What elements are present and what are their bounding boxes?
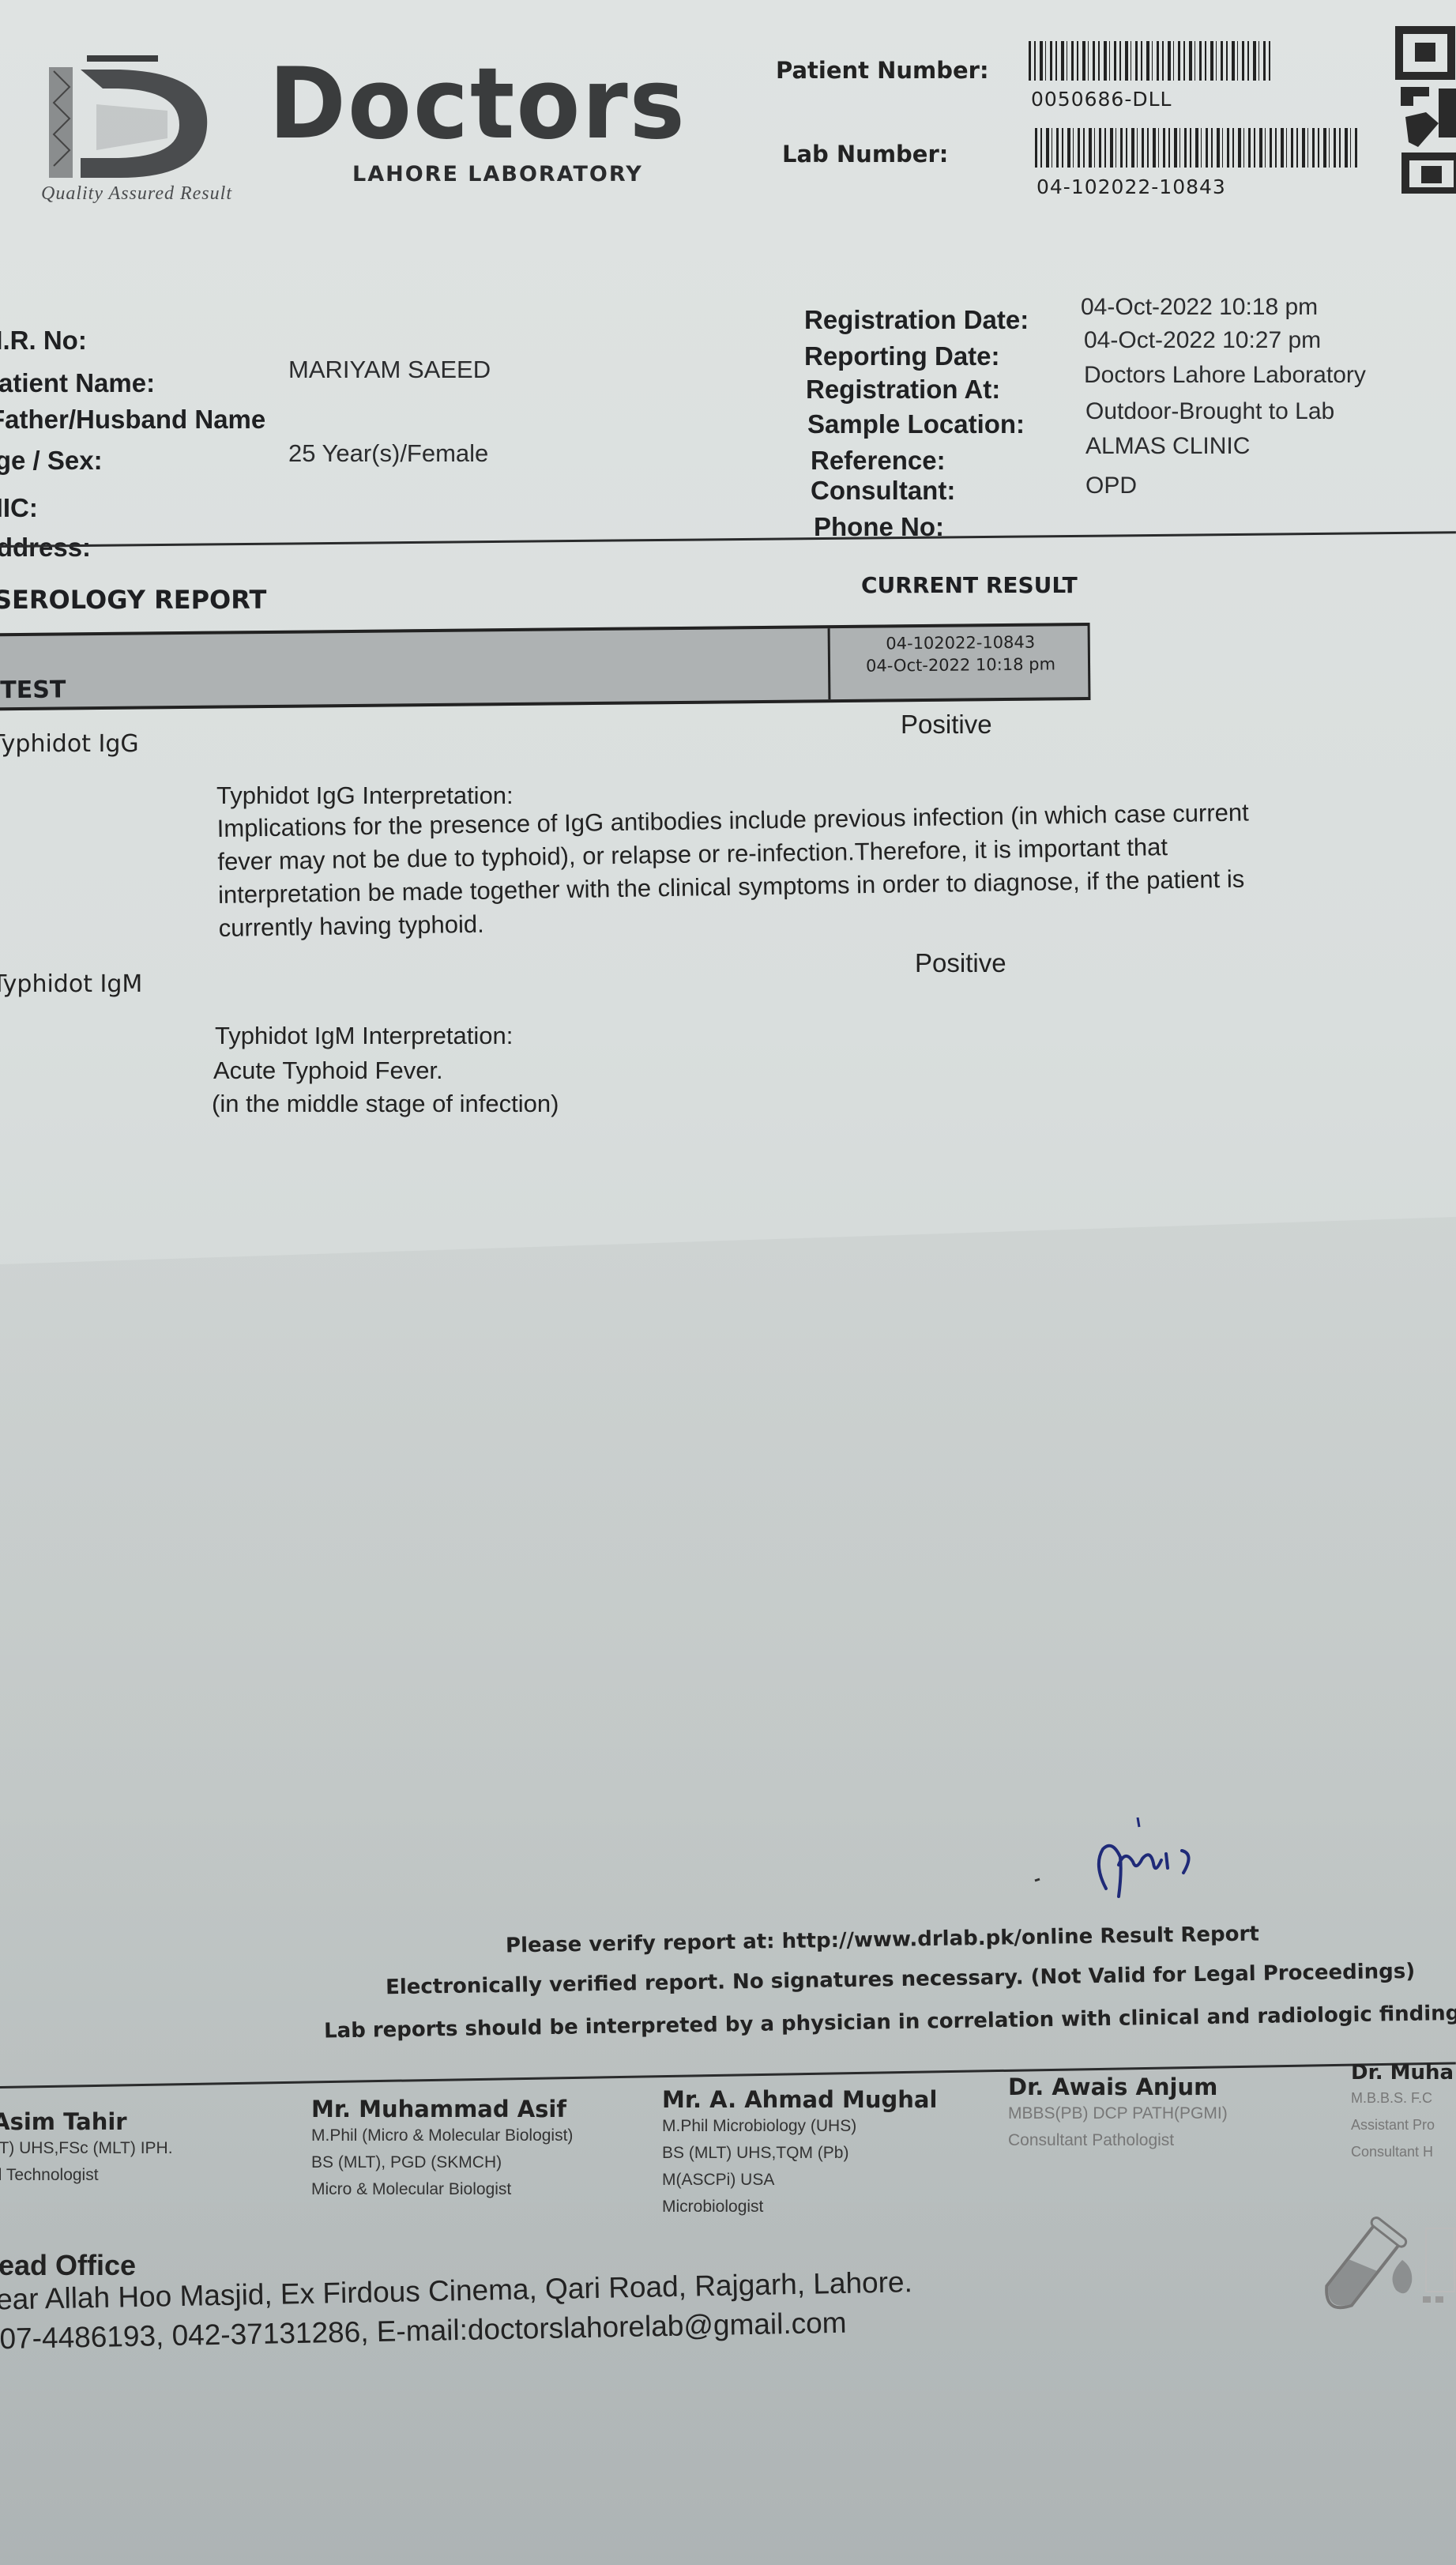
staff-title: Micro & Molecular Biologist	[311, 2176, 573, 2203]
staff-member: Mr. Muhammad Asif M.Phil (Micro & Molecu…	[311, 2096, 573, 2203]
signature-icon	[1027, 1817, 1232, 1912]
reference-value: ALMAS CLINIC	[1085, 433, 1250, 460]
consultant-label: Consultant:	[811, 476, 955, 506]
staff-name: Mr. Asim Tahir	[0, 2108, 173, 2135]
lab-number-barcode	[1035, 128, 1360, 168]
staff-qualification: M.B.B.S. F.C	[1351, 2085, 1454, 2111]
staff-qualification: BS (MLT) UHS,FSc (MLT) IPH.	[0, 2135, 173, 2162]
patient-number-value: 0050686-DLL	[1031, 88, 1172, 111]
staff-name: Mr. A. Ahmad Mughal	[662, 2086, 937, 2113]
father-husband-name-label: Father/Husband Name	[0, 405, 265, 435]
head-office-title: Head Office	[0, 2249, 136, 2282]
lab-wordmark: Doctors	[269, 55, 687, 153]
sample-location-value: Outdoor-Brought to Lab	[1085, 398, 1334, 425]
lab-logo-icon	[49, 55, 215, 182]
reference-label: Reference:	[811, 446, 946, 476]
staff-qualification: BS (MLT) UHS,TQM (Pb)	[662, 2140, 937, 2167]
current-result-label: CURRENT RESULT	[861, 572, 1078, 598]
staff-title: Consultant H	[1351, 2138, 1454, 2165]
registration-date-value: 04-Oct-2022 10:18 pm	[1081, 294, 1318, 321]
consultant-value: OPD	[1085, 473, 1137, 499]
interpretation-title: Typhidot IgM Interpretation:	[215, 1019, 513, 1053]
staff-name: Dr. Muha	[1351, 2061, 1454, 2085]
registration-at-value: Doctors Lahore Laboratory	[1084, 362, 1366, 389]
patient-number-barcode	[1029, 41, 1274, 81]
test-result: Positive	[915, 948, 1006, 978]
staff-title: Consultant Pathologist	[1008, 2127, 1228, 2154]
staff-qualification: MBBS(PB) DCP PATH(PGMI)	[1008, 2100, 1228, 2127]
test-name: Typhidot IgG	[0, 730, 139, 758]
test-result: Positive	[901, 710, 992, 740]
section-title: SEROLOGY REPORT	[0, 585, 266, 615]
age-sex-label: Age / Sex:	[0, 446, 103, 476]
lab-number-label: Lab Number:	[782, 141, 948, 168]
staff-qualification: M.Phil (Micro & Molecular Biologist)	[311, 2122, 573, 2149]
staff-member: Mr. Asim Tahir BS (MLT) UHS,FSc (MLT) IP…	[0, 2108, 173, 2189]
registration-at-label: Registration At:	[806, 375, 1000, 405]
qr-code-icon	[1394, 24, 1456, 194]
interpretation-line: (in the middle stage of infection)	[212, 1087, 559, 1121]
test-column-header: TEST	[0, 676, 66, 704]
lab-tagline: Quality Assured Result	[41, 183, 232, 205]
staff-title: Medical Technologist	[0, 2162, 173, 2189]
patient-number-label: Patient Number:	[776, 57, 989, 84]
staff-title: Microbiologist	[662, 2194, 937, 2220]
paper-shadow	[0, 1217, 1456, 2565]
age-sex-value: 25 Year(s)/Female	[288, 439, 488, 468]
staff-qualification: M.Phil Microbiology (UHS)	[662, 2113, 937, 2140]
staff-member: Dr. Muha M.B.B.S. F.C Assistant Pro Cons…	[1351, 2061, 1454, 2165]
staff-member: Dr. Awais Anjum MBBS(PB) DCP PATH(PGMI) …	[1008, 2073, 1228, 2154]
staff-name: Mr. Muhammad Asif	[311, 2096, 573, 2122]
lab-number-value: 04-102022-10843	[1037, 175, 1226, 198]
lab-subtitle: LAHORE LABORATORY	[352, 162, 643, 186]
nic-label: NIC:	[0, 493, 38, 523]
staff-title: Assistant Pro	[1351, 2111, 1454, 2138]
details-divider	[0, 531, 1456, 548]
patient-name-label: Patient Name:	[0, 368, 155, 398]
registration-date-label: Registration Date:	[804, 305, 1029, 335]
reporting-date-value: 04-Oct-2022 10:27 pm	[1084, 327, 1321, 354]
table-header: TEST 04-102022-10843 04-Oct-2022 10:18 p…	[0, 623, 1090, 710]
test-name: Typhidot IgM	[0, 970, 142, 998]
interpretation-body: Implications for the presence of IgG ant…	[216, 771, 1404, 945]
address-label: Address:	[0, 533, 91, 563]
result-lab-number: 04-102022-10843	[831, 631, 1090, 655]
patient-name-value: MARIYAM SAEED	[288, 356, 491, 384]
sample-location-label: Sample Location:	[807, 409, 1025, 439]
staff-qualification: M(ASCPi) USA	[662, 2167, 937, 2194]
result-column-header: 04-102022-10843 04-Oct-2022 10:18 pm	[831, 631, 1091, 677]
test-tube-icon	[1307, 2213, 1456, 2323]
staff-qualification: BS (MLT), PGD (SKMCH)	[311, 2149, 573, 2176]
staff-member: Mr. A. Ahmad Mughal M.Phil Microbiology …	[662, 2086, 937, 2220]
interpretation-line: Acute Typhoid Fever.	[213, 1054, 443, 1087]
mr-no-label: M.R. No:	[0, 326, 87, 356]
result-datetime: 04-Oct-2022 10:18 pm	[831, 653, 1090, 677]
staff-name: Dr. Awais Anjum	[1008, 2073, 1228, 2100]
reporting-date-label: Reporting Date:	[804, 341, 1000, 371]
